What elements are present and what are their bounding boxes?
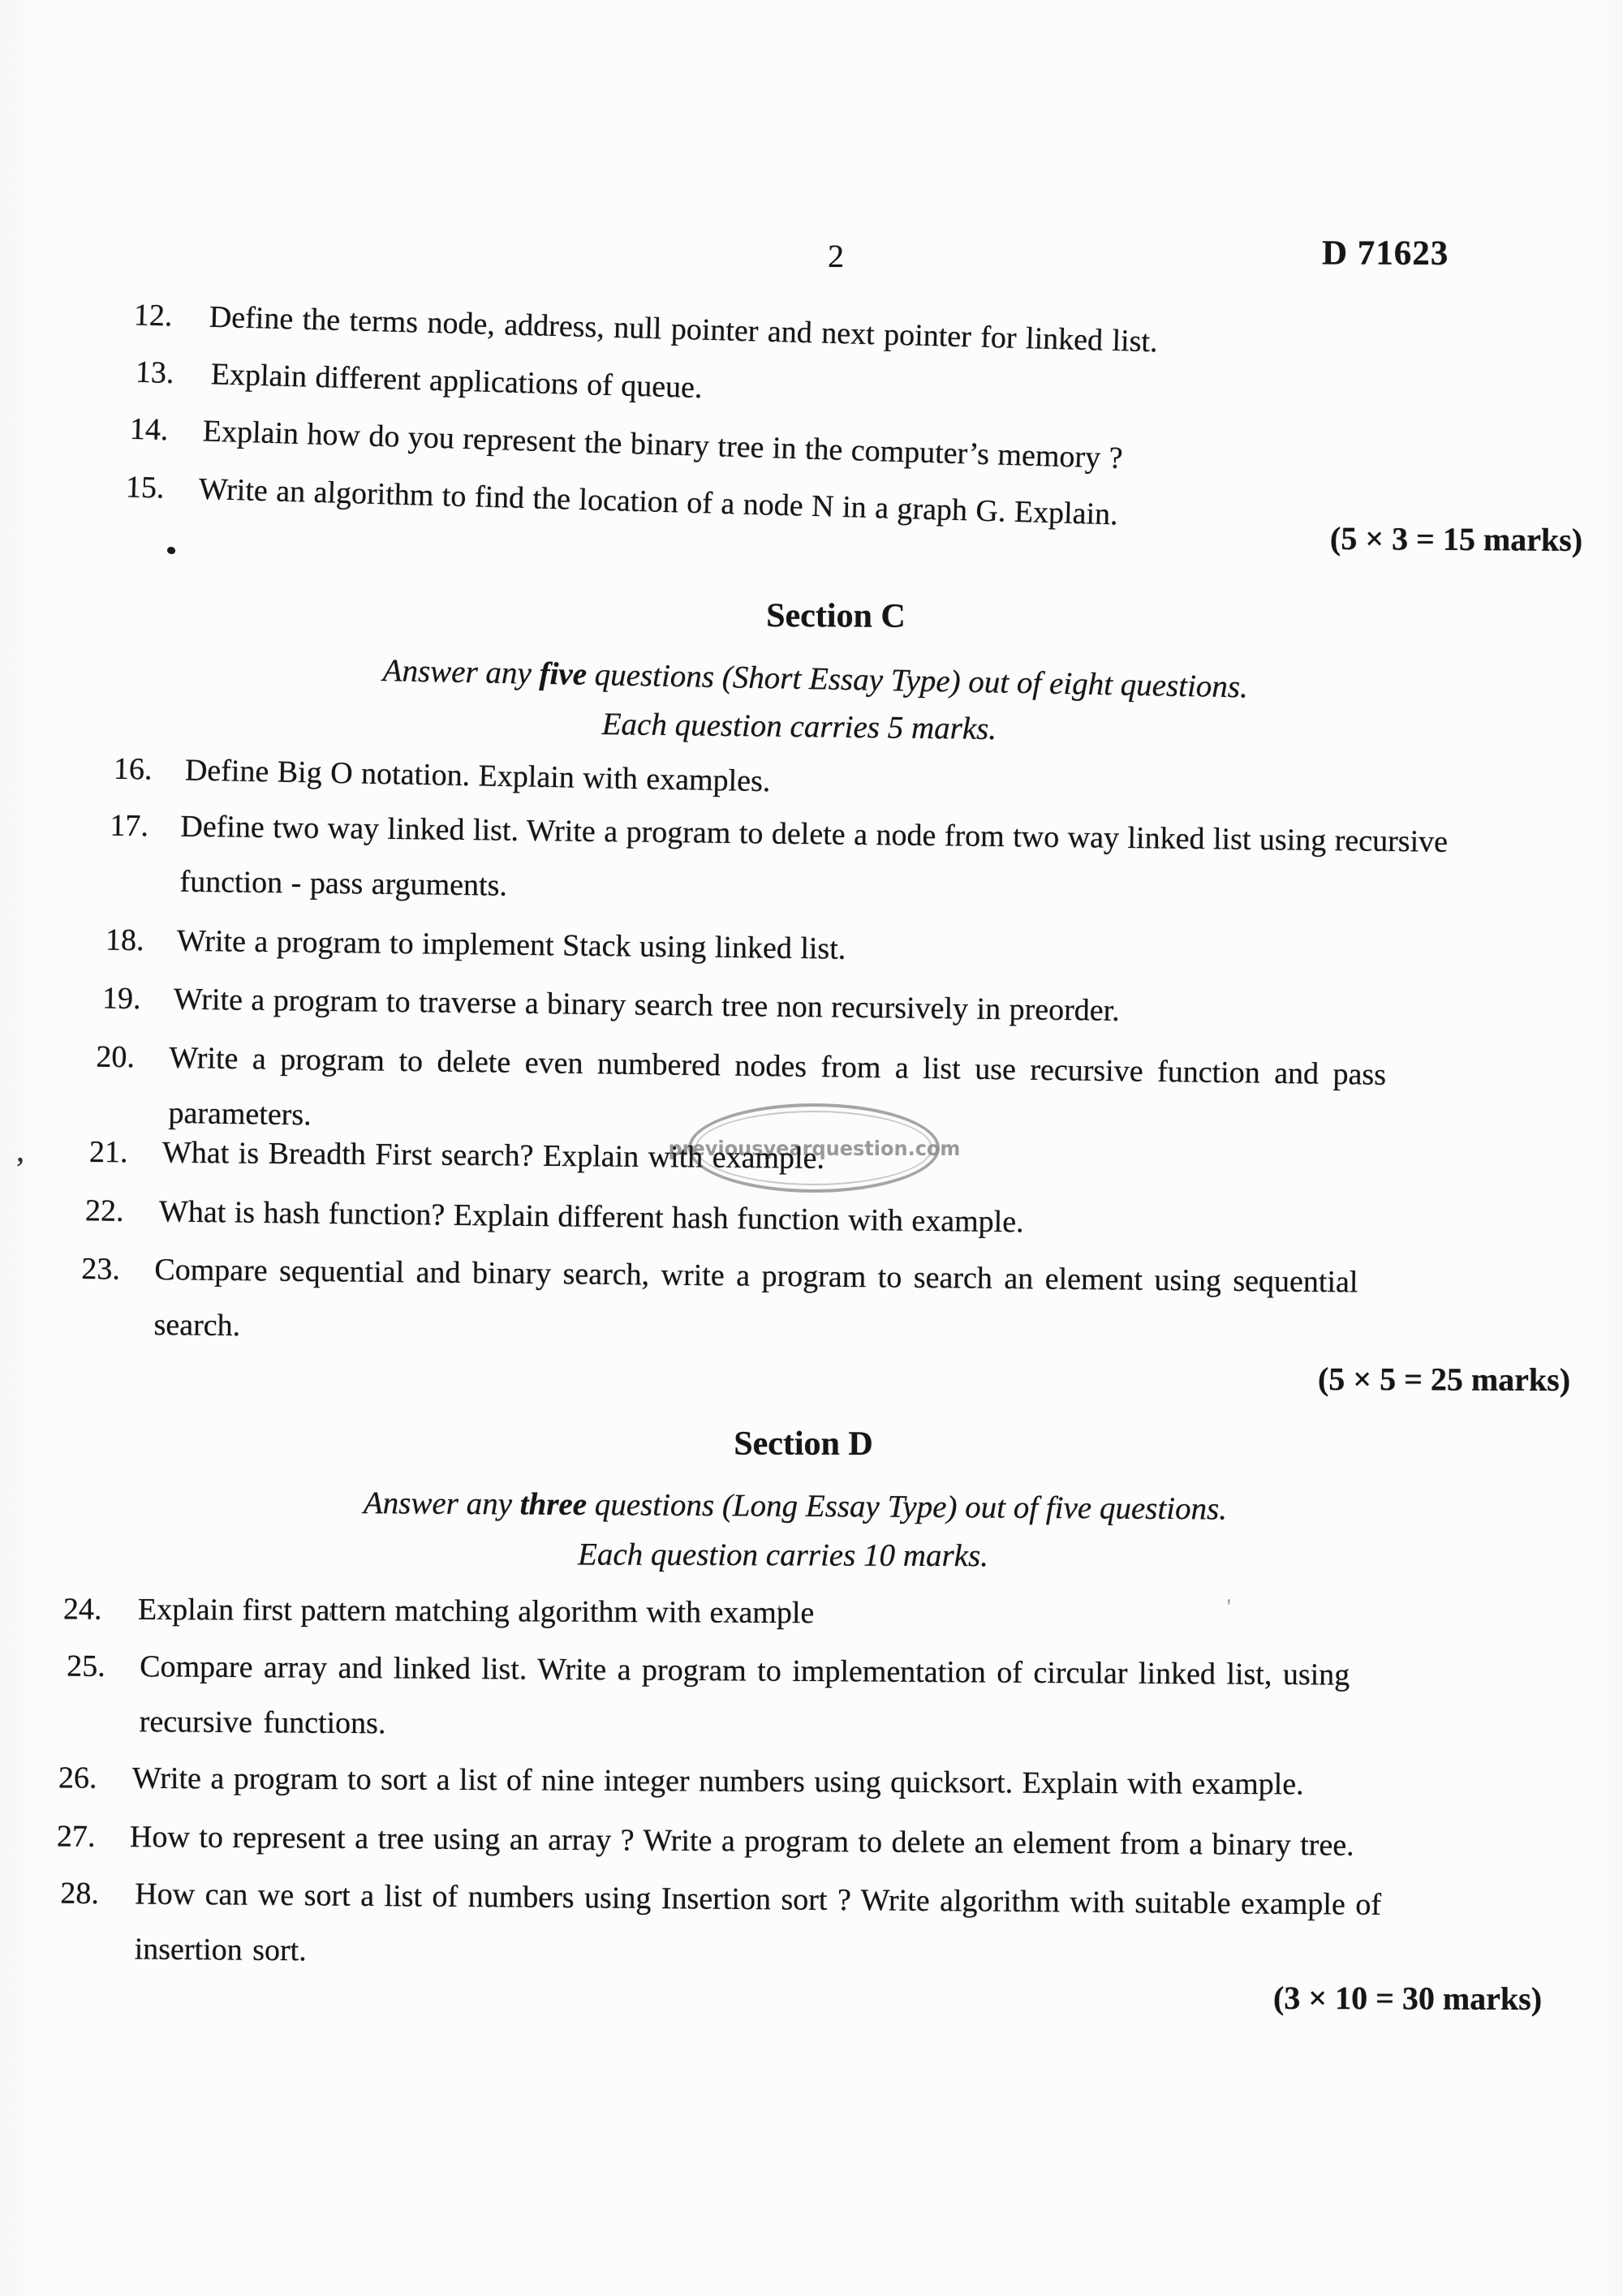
instruction-count: five	[539, 656, 587, 692]
question-text: Write a program to sort a list of nine i…	[132, 1758, 1582, 1806]
question-26: 26. Write a program to sort a list of ni…	[0, 1757, 1623, 1806]
question-18: 18. Write a program to implement Stack u…	[0, 918, 1623, 978]
question-number: 24.	[63, 1589, 102, 1629]
question-28: 28. How can we sort a list of numbers us…	[0, 1865, 1623, 1989]
question-22: 22. What is hash function? Explain diffe…	[0, 1189, 1623, 1249]
question-25: 25. Compare array and linked list. Write…	[0, 1638, 1623, 1760]
section-d-instruction: Answer any three questions (Long Essay T…	[0, 1480, 1607, 1533]
question-number: 19.	[102, 978, 141, 1020]
question-24: 24. Explain first pattern matching algor…	[0, 1589, 1623, 1637]
question-number: 20.	[96, 1030, 135, 1086]
page-number: 2	[828, 236, 844, 277]
section-c-title: Section C	[24, 591, 1623, 641]
question-number: 17.	[110, 798, 149, 854]
question-text: Write a program to implement Stack using…	[177, 921, 1582, 978]
question-number: 23.	[81, 1241, 120, 1296]
question-number: 15.	[125, 467, 165, 508]
question-text: What is hash function? Explain different…	[159, 1191, 1582, 1249]
section-d-marks: (3 × 10 = 30 marks)	[1273, 1978, 1542, 2019]
question-number: 12.	[133, 295, 173, 336]
instruction-post: questions (Short Essay Type) out of eigh…	[587, 657, 1249, 705]
question-27: 27. How to represent a tree using an arr…	[0, 1816, 1623, 1868]
question-text: How to represent a tree using an array ?…	[130, 1817, 1582, 1867]
question-number: 18.	[105, 920, 144, 961]
question-text: How can we sort a list of numbers using …	[134, 1866, 1582, 1989]
question-text: Write a program to traverse a binary sea…	[174, 979, 1582, 1037]
question-text: Compare array and linked list. Write a p…	[140, 1639, 1583, 1759]
instruction-pre: Answer any	[382, 653, 540, 691]
question-number: 13.	[135, 352, 174, 393]
instruction-count: three	[520, 1486, 588, 1522]
instruction-pre: Answer any	[364, 1486, 520, 1521]
question-text: Explain first pattern matching algorithm…	[138, 1589, 1582, 1637]
question-number: 26.	[58, 1757, 97, 1798]
doc-code: D 71623	[1322, 233, 1449, 274]
question-text: Define two way linked list. Write a prog…	[179, 799, 1583, 927]
section-d-note: Each question carries 10 marks.	[0, 1532, 1595, 1580]
question-number: 21.	[89, 1132, 128, 1172]
question-number: 14.	[129, 409, 169, 450]
question-number: 28.	[60, 1866, 99, 1921]
question-number: 16.	[113, 749, 152, 790]
exam-paper-page: 2 D 71623 12. Define the terms node, add…	[0, 0, 1623, 2296]
question-19: 19. Write a program to traverse a binary…	[0, 977, 1623, 1037]
question-17: 17. Define two way linked list. Write a …	[0, 797, 1623, 927]
section-d-title: Section D	[0, 1421, 1615, 1466]
question-text: Compare sequential and binary search, wr…	[153, 1242, 1582, 1367]
section-b-marks: (5 × 3 = 15 marks)	[1330, 518, 1582, 561]
section-c-marks: (5 × 5 = 25 marks)	[1318, 1359, 1570, 1400]
question-number: 27.	[57, 1816, 96, 1856]
instruction-post: questions (Long Essay Type) out of five …	[587, 1487, 1227, 1527]
question-number: 22.	[85, 1190, 124, 1232]
question-number: 25.	[67, 1639, 105, 1694]
scan-artifact-dot	[167, 547, 175, 554]
question-23: 23. Compare sequential and binary search…	[0, 1240, 1623, 1368]
